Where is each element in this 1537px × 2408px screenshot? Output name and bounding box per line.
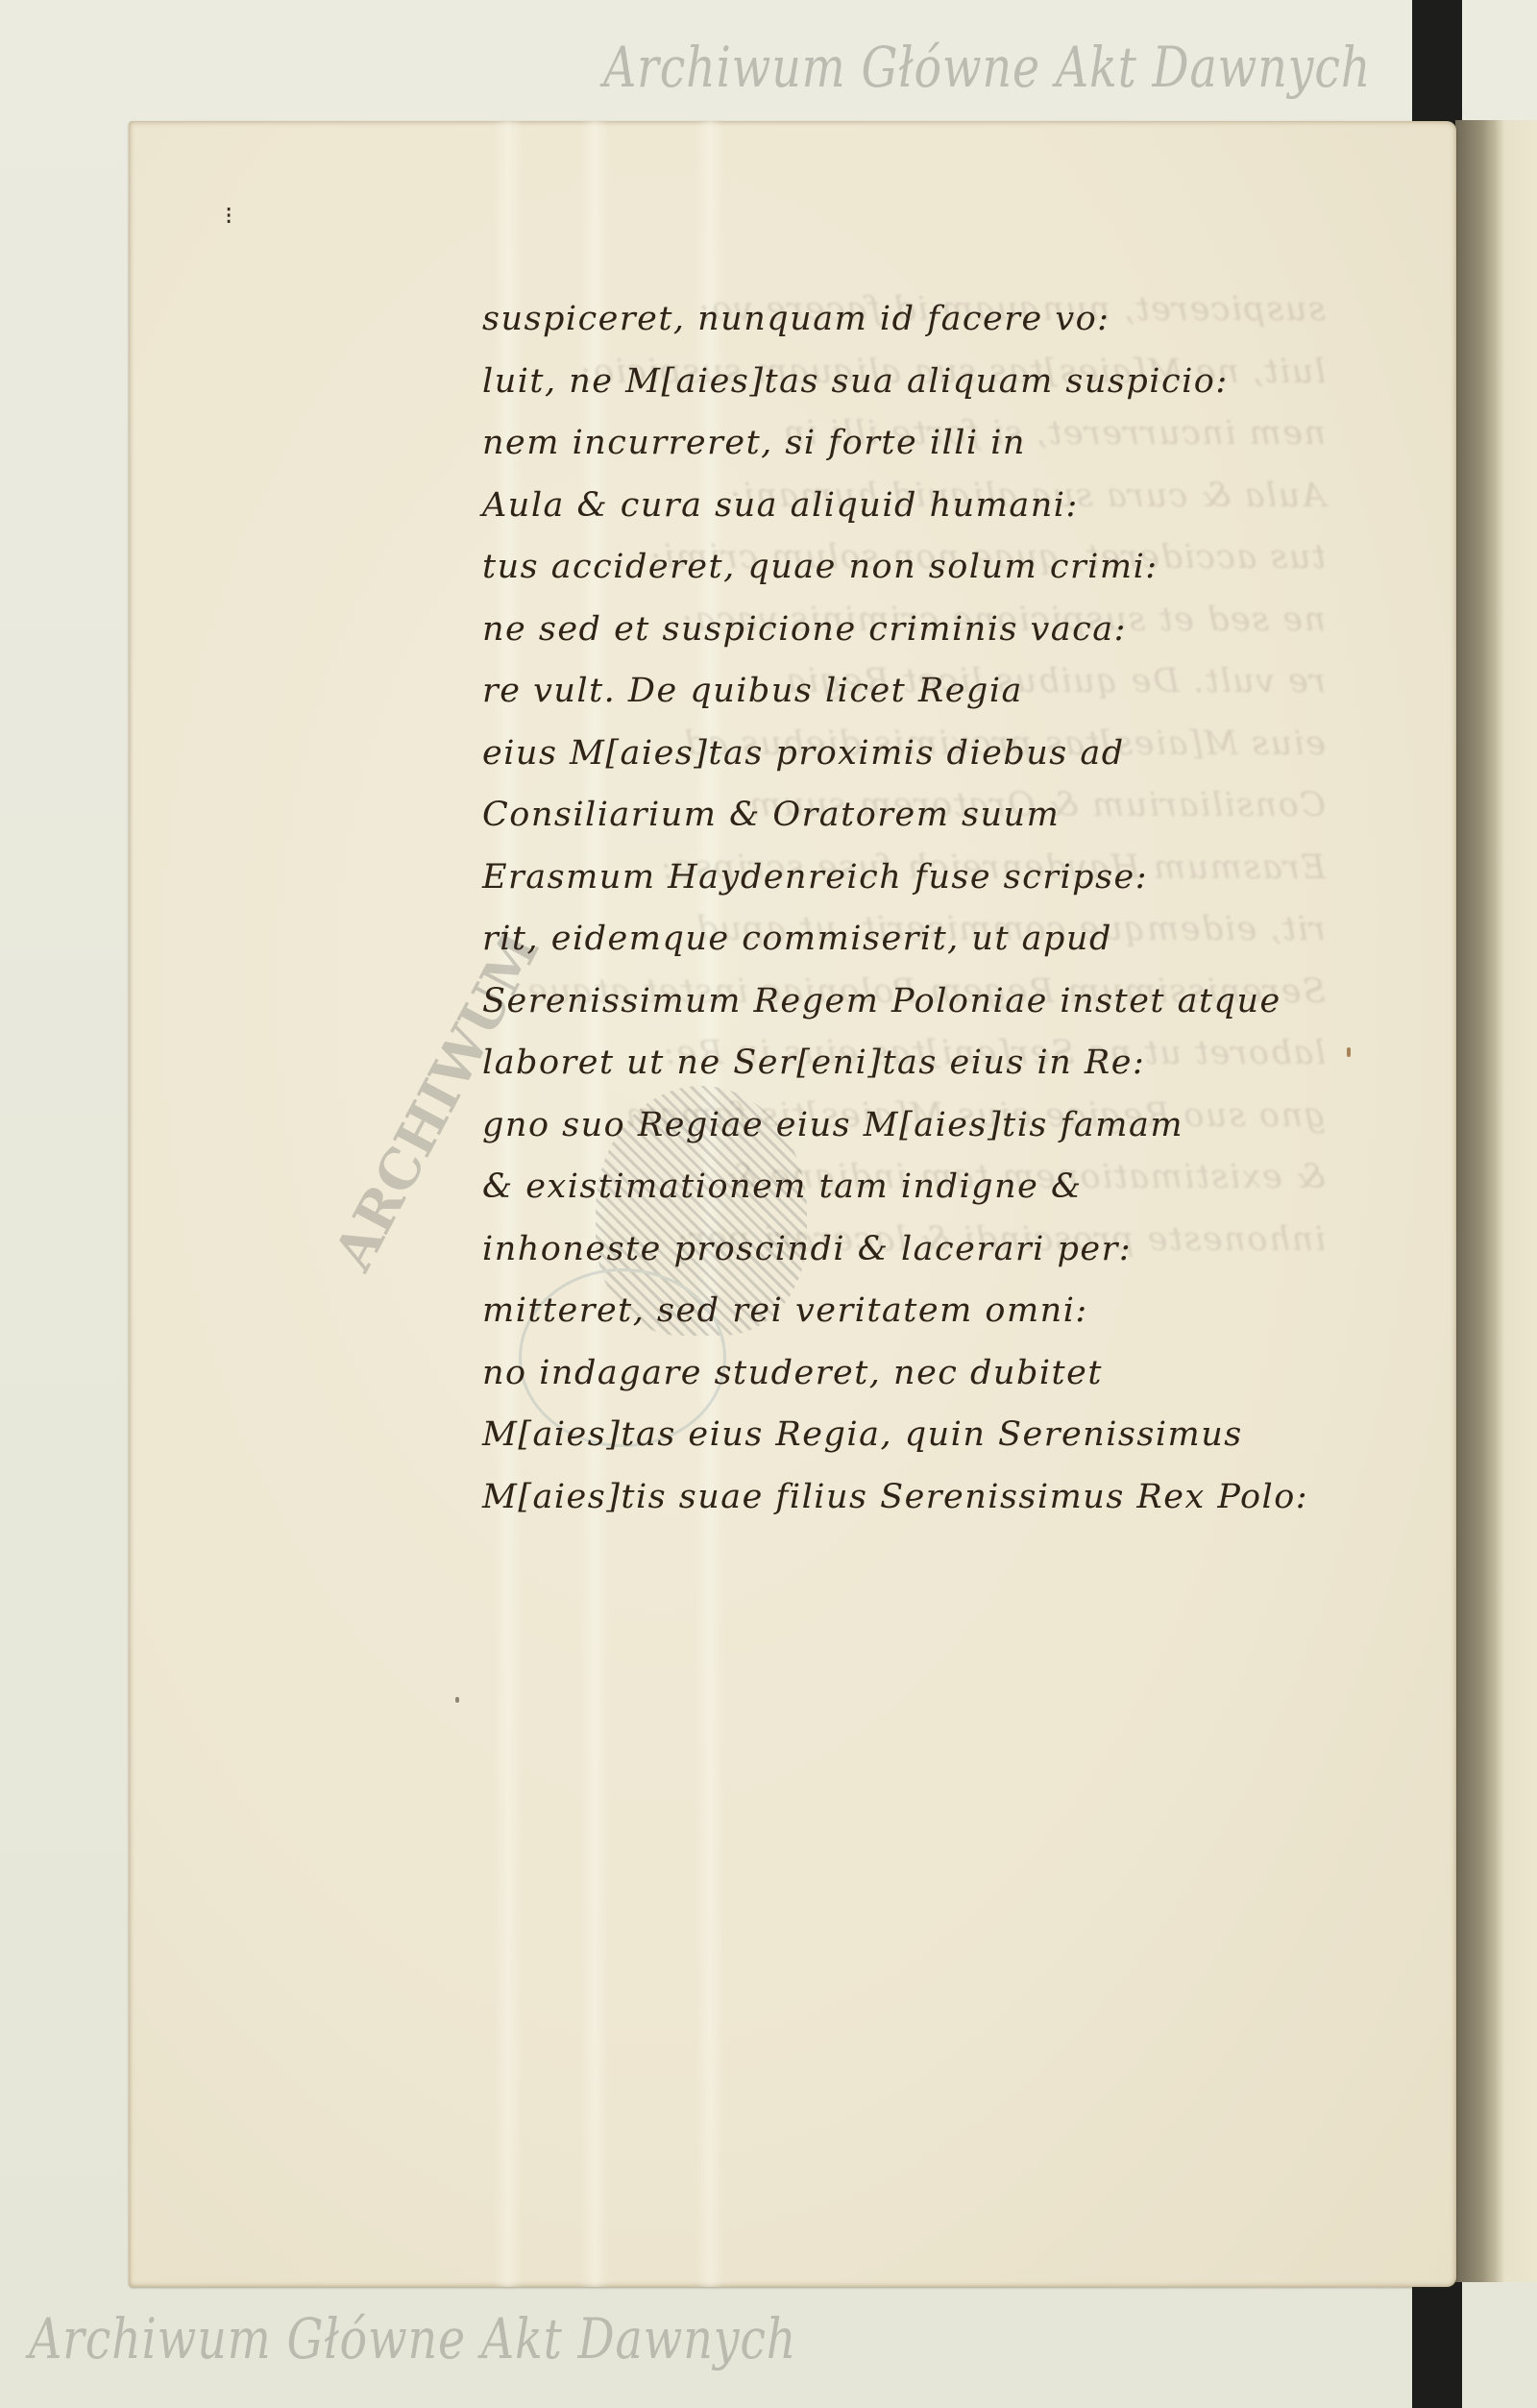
manuscript-line: ne sed et suspicione criminis vaca: bbox=[482, 599, 1308, 661]
manuscript-line: Serenissimum Regem Poloniae instet atque bbox=[482, 971, 1308, 1033]
archive-watermark-bottom: Archiwum Główne Akt Dawnych bbox=[29, 2306, 796, 2371]
manuscript-line: mitteret, sed rei veritatem omni: bbox=[482, 1280, 1308, 1342]
manuscript-line: eius M[aies]tas proximis diebus ad bbox=[482, 723, 1308, 785]
manuscript-line: Consiliarium & Oratorem suum bbox=[482, 784, 1308, 847]
manuscript-line: no indagare studeret, nec dubitet bbox=[482, 1342, 1308, 1405]
ink-speck bbox=[1347, 1047, 1351, 1057]
manuscript-line: M[aies]tis suae filius Serenissimus Rex … bbox=[482, 1466, 1308, 1529]
manuscript-line: & existimationem tam indigne & bbox=[482, 1156, 1308, 1218]
manuscript-line: Erasmum Haydenreich fuse scripse: bbox=[482, 847, 1308, 909]
manuscript-line: suspiceret, nunquam id facere vo: bbox=[482, 288, 1308, 351]
manuscript-line: nem incurreret, si forte illi in bbox=[482, 412, 1308, 475]
gutter-shadow bbox=[1455, 120, 1490, 2282]
manuscript-line: rit, eidemque commiserit, ut apud bbox=[482, 908, 1308, 971]
manuscript-text-block: suspiceret, nunquam id facere vo: luit, … bbox=[482, 288, 1308, 1528]
manuscript-line: M[aies]tas eius Regia, quin Serenissimus bbox=[482, 1404, 1308, 1466]
ink-speck bbox=[455, 1697, 459, 1703]
manuscript-line: tus accideret, quae non solum crimi: bbox=[482, 536, 1308, 599]
manuscript-line: gno suo Regiae eius M[aies]tis famam bbox=[482, 1094, 1308, 1157]
manuscript-line: inhoneste proscindi & lacerari per: bbox=[482, 1218, 1308, 1281]
manuscript-line: luit, ne M[aies]tas sua aliquam suspicio… bbox=[482, 351, 1308, 413]
manuscript-line: laboret ut ne Ser[eni]tas eius in Re: bbox=[482, 1032, 1308, 1094]
archive-watermark-top: Archiwum Główne Akt Dawnych bbox=[603, 35, 1371, 100]
manuscript-line: Aula & cura sua aliquid humani: bbox=[482, 475, 1308, 537]
manuscript-line: re vult. De quibus licet Regia bbox=[482, 660, 1308, 723]
margin-mark: ⁝ bbox=[225, 202, 232, 231]
